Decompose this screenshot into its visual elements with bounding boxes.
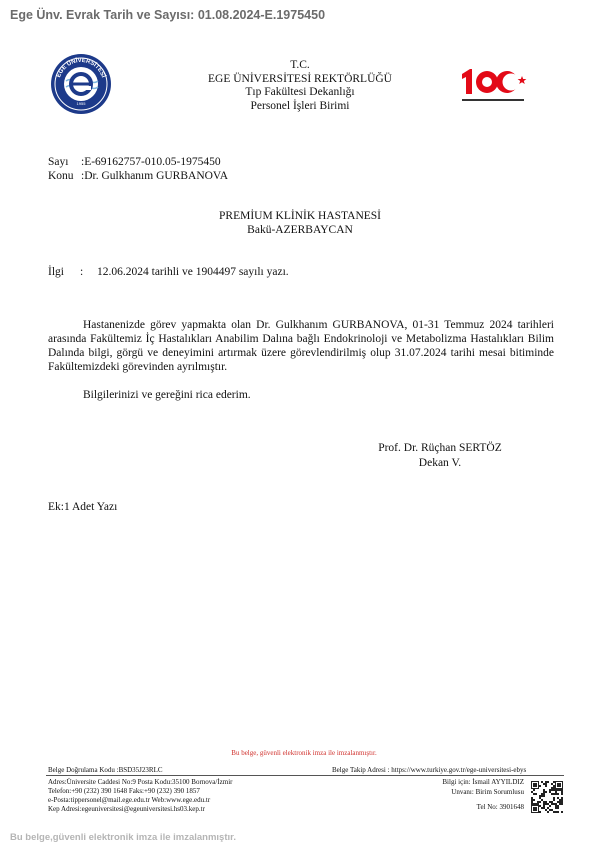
number-label: Sayı	[48, 155, 81, 169]
recipient-location: Bakü-AZERBAYCAN	[150, 223, 450, 237]
svg-text:1955: 1955	[77, 101, 87, 106]
republic-100-years-logo-icon	[458, 66, 532, 106]
contact-email-web[interactable]: e-Posta:tippersonel@mail.ege.edu.tr Web:…	[48, 796, 233, 805]
subject-row: Konu:Dr. Gulkhanım GURBANOVA	[48, 169, 228, 183]
signature-block: Prof. Dr. Rüçhan SERTÖZ Dekan V.	[360, 441, 520, 471]
qr-code-icon	[531, 781, 563, 813]
document-date-number-stamp: Ege Ünv. Evrak Tarih ve Sayısı: 01.08.20…	[10, 8, 325, 22]
subject-value: :Dr. Gulkhanım GURBANOVA	[81, 170, 228, 182]
reference-label: İlgi	[48, 266, 80, 278]
attachment-note: Ek:1 Adet Yazı	[48, 501, 117, 513]
contact-phone: Telefon:+90 (232) 390 1648 Faks:+90 (232…	[48, 787, 233, 796]
header-faculty: Tıp Fakültesi Dekanlığı	[150, 86, 450, 100]
recipient-name: PREMİUM KLİNİK HASTANESİ	[150, 209, 450, 223]
contact-kep[interactable]: Kep Adresi:egeuniversitesi@egeuniversite…	[48, 805, 233, 814]
body-paragraph-1: Hastanenizde görev yapmakta olan Dr. Gul…	[48, 318, 554, 374]
number-row: Sayı:E-69162757-010.05-1975450	[48, 155, 228, 169]
signatory-name: Prof. Dr. Rüçhan SERTÖZ	[360, 441, 520, 456]
info-tel: Tel No: 3901648	[420, 803, 524, 813]
header-tc: T.C.	[150, 59, 450, 73]
number-value: :E-69162757-010.05-1975450	[81, 156, 221, 168]
tracking-address-link[interactable]: Belge Takip Adresi : https://www.turkiye…	[332, 766, 526, 774]
esign-notice: Bu belge, güvenli elektronik imza ile im…	[150, 749, 458, 757]
reference-value: 12.06.2024 tarihli ve 1904497 sayılı yaz…	[97, 266, 289, 278]
reference-colon: :	[80, 266, 97, 278]
recipient-block: PREMİUM KLİNİK HASTANESİ Bakü-AZERBAYCAN	[150, 209, 450, 237]
contact-info: Adres:Üniversite Caddesi No:9 Posta Kodu…	[48, 778, 233, 814]
info-title: Unvanı: Birim Sorumlusu	[420, 788, 524, 798]
footer-divider	[46, 775, 564, 776]
body-paragraph-2: Bilgilerinizi ve gereğini rica ederim.	[48, 388, 554, 402]
info-person: Bilgi için: İsmail AYYILDIZ	[420, 778, 524, 788]
reference-row: İlgi:12.06.2024 tarihli ve 1904497 sayıl…	[48, 266, 289, 278]
document-meta: Sayı:E-69162757-010.05-1975450 Konu:Dr. …	[48, 155, 228, 183]
ege-university-logo-icon: 1955 EGE ÜNİVERSİTESİ	[50, 53, 112, 115]
letter-body: Hastanenizde görev yapmakta olan Dr. Gul…	[48, 318, 554, 402]
contact-address: Adres:Üniversite Caddesi No:9 Posta Kodu…	[48, 778, 233, 787]
letterhead: T.C. EGE ÜNİVERSİTESİ REKTÖRLÜĞÜ Tıp Fak…	[150, 59, 450, 113]
header-unit: Personel İşleri Birimi	[150, 100, 450, 114]
subject-label: Konu	[48, 169, 81, 183]
info-contact: Bilgi için: İsmail AYYILDIZ Unvanı: Biri…	[420, 778, 524, 813]
signatory-title: Dekan V.	[360, 456, 520, 471]
verification-code: Belge Doğrulama Kodu :BSD35J23RLC	[48, 766, 163, 774]
bottom-esign-stamp: Bu belge,güvenli elektronik imza ile imz…	[10, 832, 236, 843]
header-rectorate: EGE ÜNİVERSİTESİ REKTÖRLÜĞÜ	[150, 73, 450, 87]
